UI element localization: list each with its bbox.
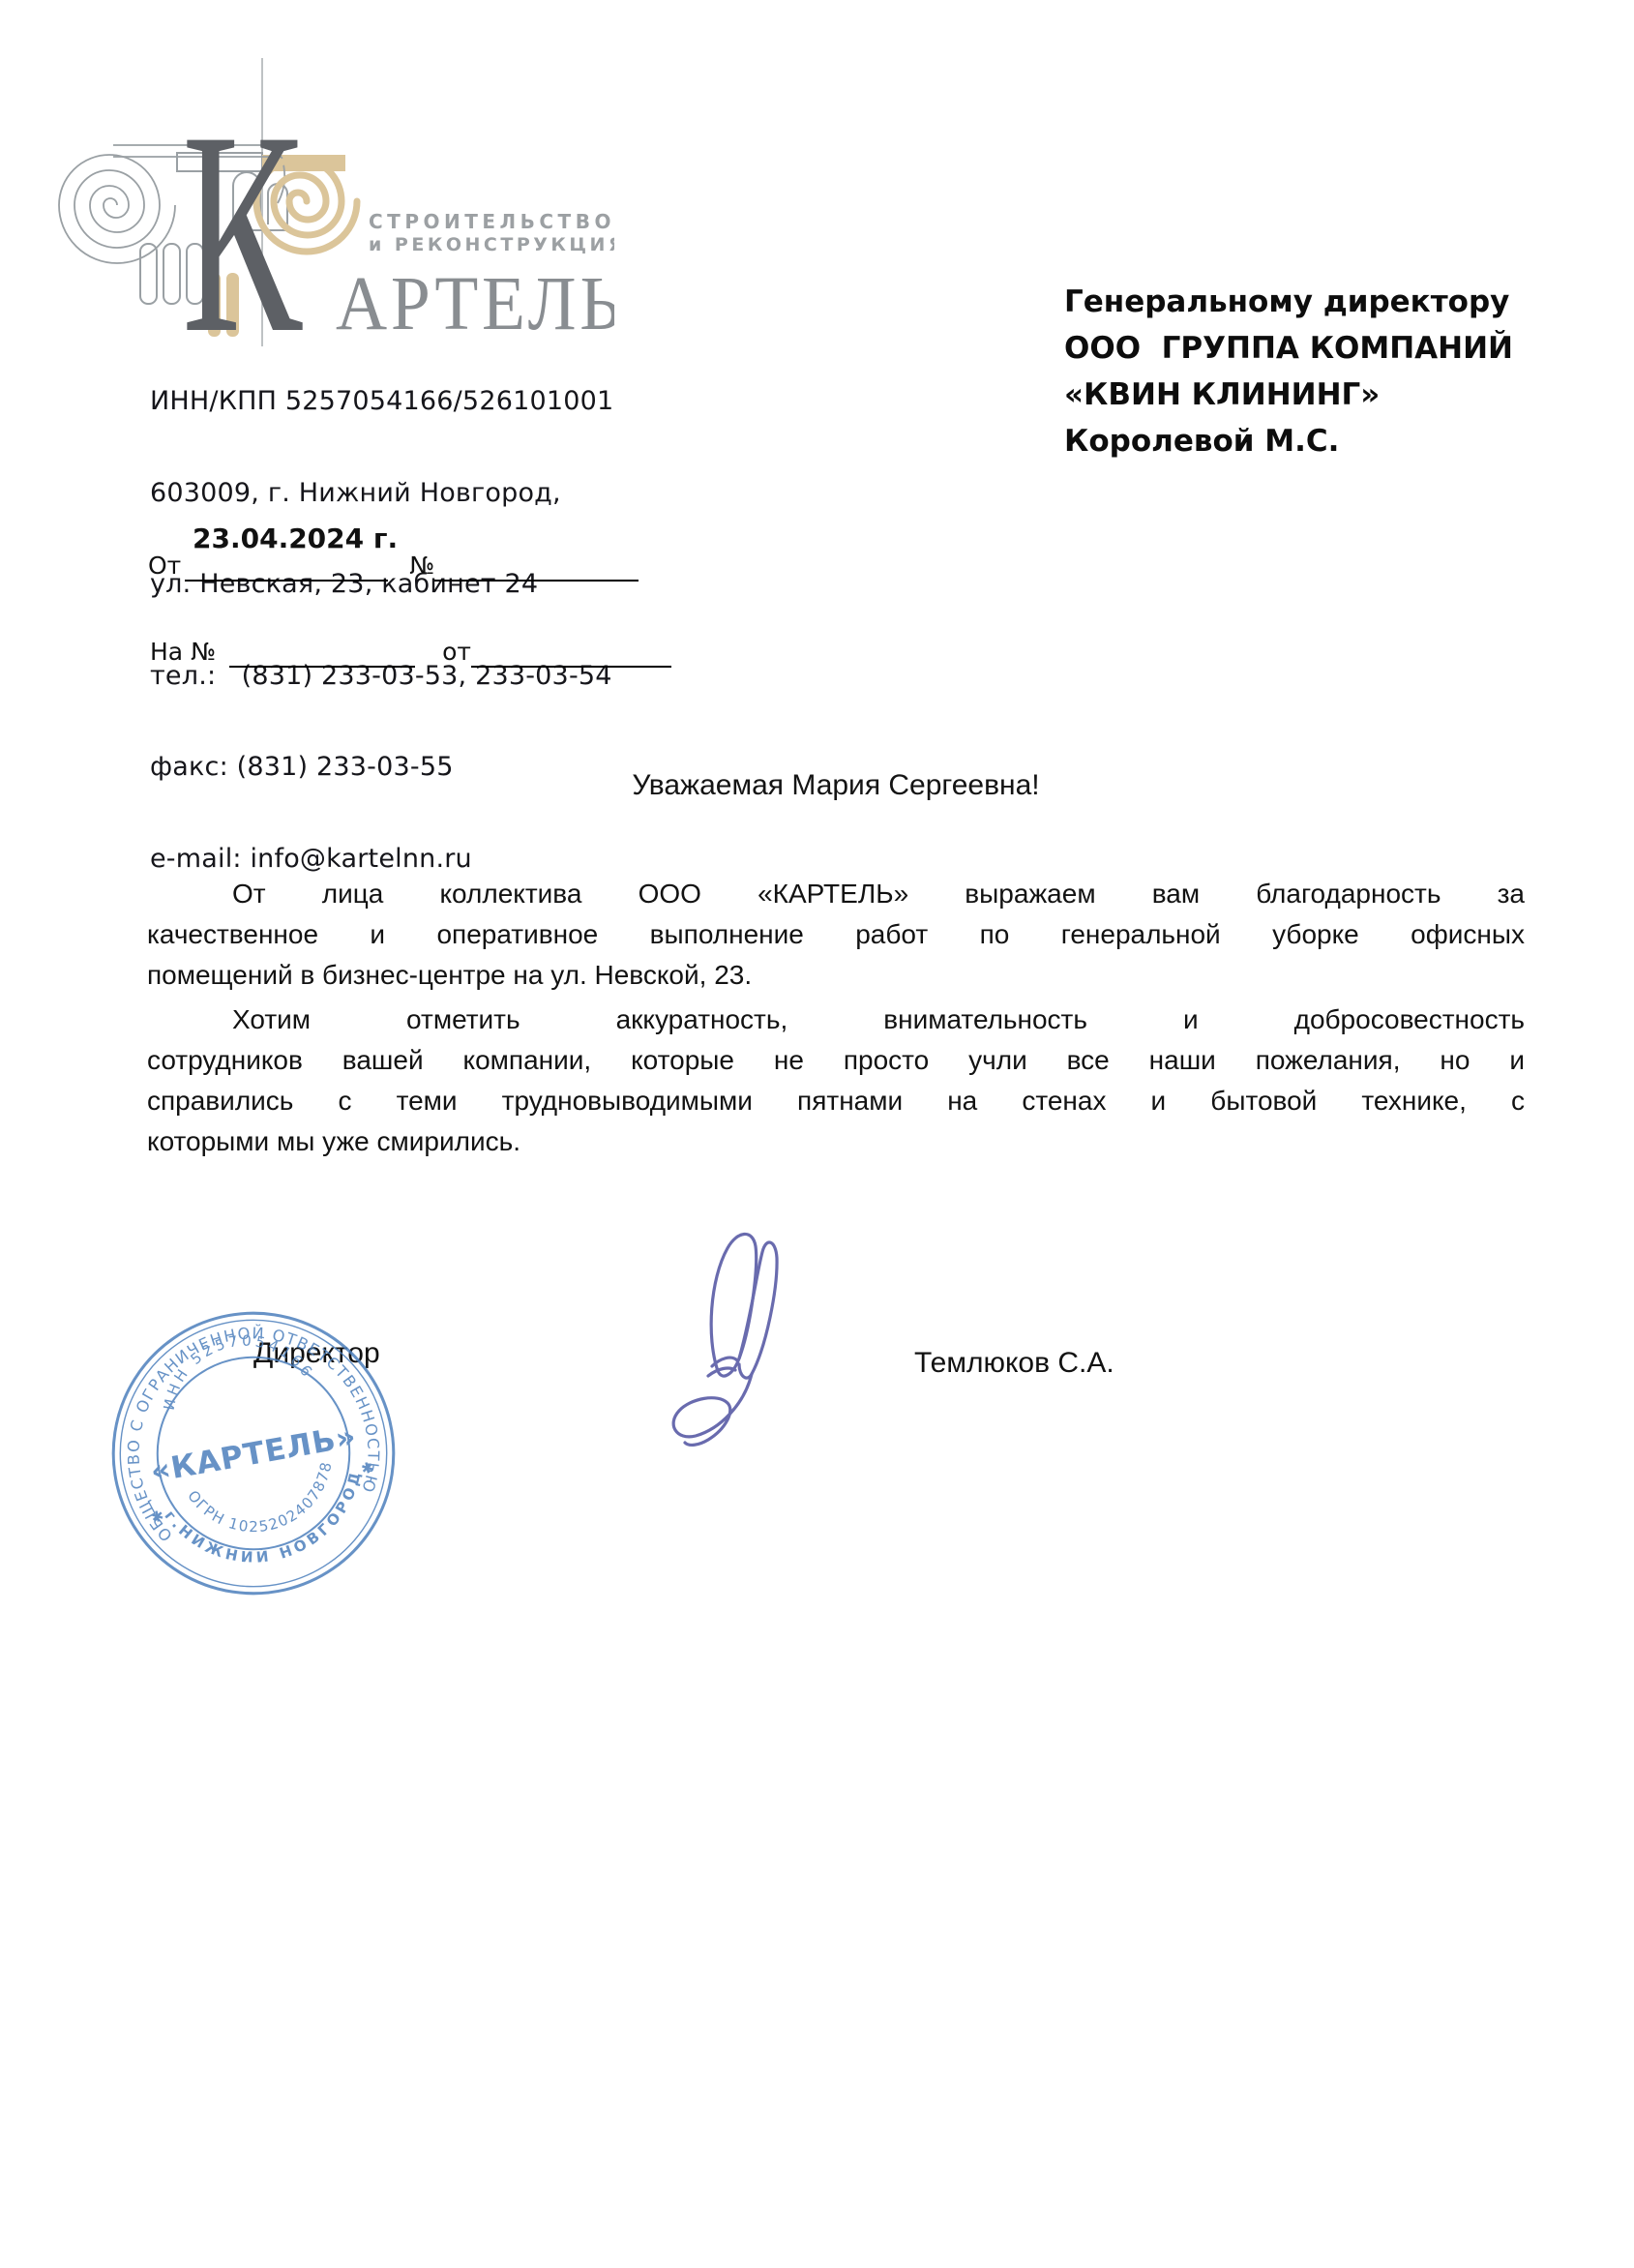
reply-date-blank-line (471, 641, 671, 668)
reply-from-label: от (442, 638, 471, 668)
addressee-name: Королевой М.С. (1064, 418, 1513, 464)
letter-date: 23.04.2024 г. (193, 522, 398, 554)
salutation: Уважаемая Мария Сергеевна! (147, 769, 1525, 802)
outgoing-ref-line: От № (148, 552, 639, 582)
body-line: качественное и оперативное выполнение ра… (147, 914, 1525, 955)
reply-number-blank-line (229, 641, 415, 668)
body-line: справились с теми трудновыводимыми пятна… (147, 1081, 1525, 1121)
company-logo: К СТРОИТЕЛЬСТВО и РЕКОНСТРУКЦИЯ АРТЕЛЬ (53, 48, 614, 358)
body-line: От лица коллектива ООО «КАРТЕЛЬ» выражае… (147, 874, 1525, 914)
signature-scribble (662, 1221, 802, 1463)
paragraph-2: Хотим отметить аккуратность, внимательно… (147, 1000, 1525, 1162)
svg-text:К: К (182, 72, 303, 358)
body-line: которыми мы уже смирились. (147, 1121, 1525, 1162)
body-line: сотрудников вашей компании, которые не п… (147, 1040, 1525, 1081)
number-label: № (409, 552, 434, 582)
address-line-1: 603009, г. Нижний Новгород, (150, 478, 613, 509)
number-blank-line (434, 554, 639, 582)
inn-kpp-line: ИНН/КПП 5257054166/526101001 (150, 386, 613, 417)
document-page: К СТРОИТЕЛЬСТВО и РЕКОНСТРУКЦИЯ АРТЕЛЬ И… (0, 0, 1634, 2268)
logo-tagline-1: СТРОИТЕЛЬСТВО (369, 210, 614, 233)
reply-label: На № (150, 638, 216, 668)
company-stamp: ОБЩЕСТВО С ОГРАНИЧЕННОЙ ОТВЕТСТВЕННОСТЬЮ… (97, 1297, 410, 1610)
paragraph-1: От лица коллектива ООО «КАРТЕЛЬ» выражае… (147, 874, 1525, 996)
body-line: помещений в бизнес-центре на ул. Невской… (147, 955, 1525, 996)
letter-body: От лица коллектива ООО «КАРТЕЛЬ» выражае… (147, 874, 1525, 1166)
reply-ref-line: На № от (150, 638, 671, 668)
addressee-block: Генеральному директору ООО ГРУППА КОМПАН… (1064, 279, 1513, 464)
addressee-position: Генеральному директору (1064, 279, 1513, 325)
logo-initial-K: К (182, 72, 303, 358)
body-line: Хотим отметить аккуратность, внимательно… (147, 1000, 1525, 1040)
signer-name: Темлюков С.А. (914, 1347, 1114, 1380)
company-requisites: ИНН/КПП 5257054166/526101001 603009, г. … (150, 325, 613, 935)
addressee-company-2: «КВИН КЛИНИНГ» (1064, 372, 1513, 418)
logo-tagline-2: и РЕКОНСТРУКЦИЯ (369, 234, 614, 255)
stamp-body: ОБЩЕСТВО С ОГРАНИЧЕННОЙ ОТВЕТСТВЕННОСТЬЮ… (97, 1297, 410, 1610)
stamp-separator-left: ✱ (150, 1507, 165, 1526)
addressee-company-1: ООО ГРУППА КОМПАНИЙ (1064, 325, 1513, 372)
logo-graphic: К СТРОИТЕЛЬСТВО и РЕКОНСТРУКЦИЯ АРТЕЛЬ (53, 48, 614, 358)
signature-ink (673, 1234, 777, 1445)
from-blank-line (185, 554, 388, 582)
from-label: От (148, 552, 181, 582)
email-line: e-mail: info@kartelnn.ru (150, 844, 613, 875)
